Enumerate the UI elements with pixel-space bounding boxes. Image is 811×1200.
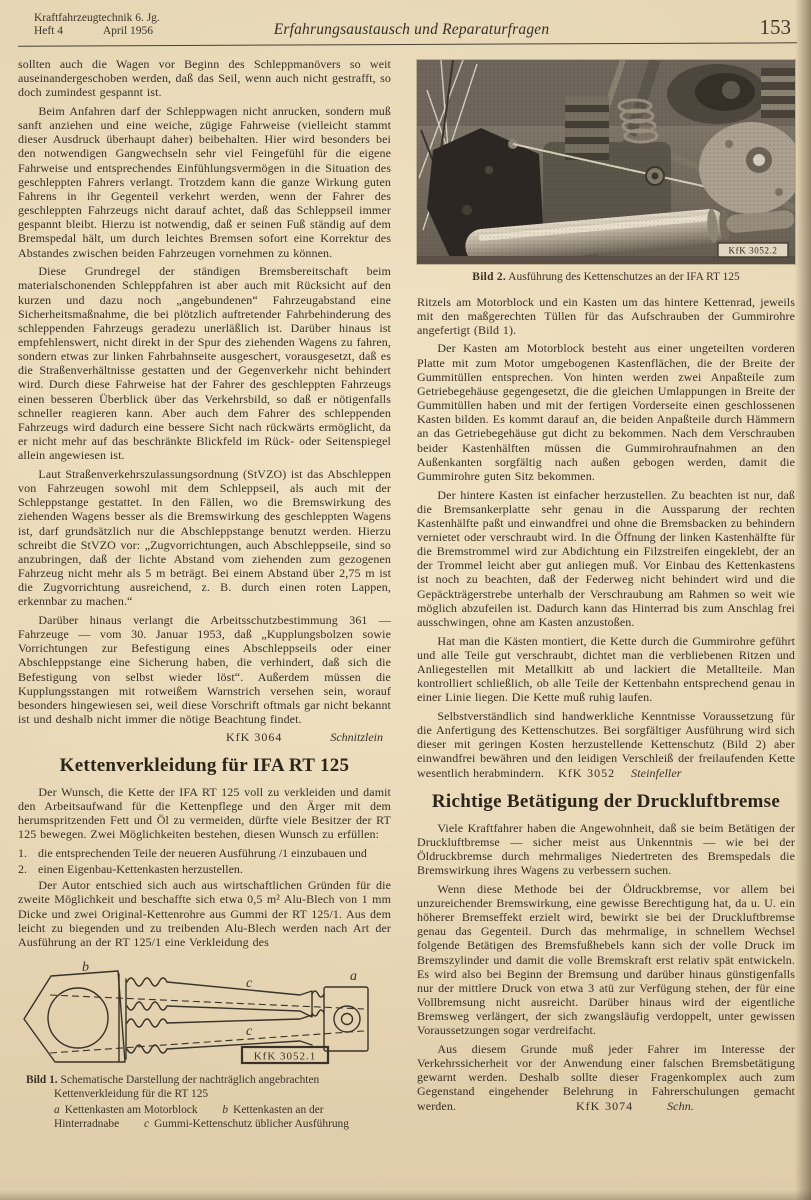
- list-item-number: 2.: [18, 862, 38, 876]
- article-heading-air-brake: Richtige Betätigung der Druckluftbremse: [417, 791, 795, 813]
- brake-closing-paragraph: Aus diesem Grunde muß jeder Fahrer im In…: [417, 1042, 795, 1113]
- figure-1-stamp: KfK 3052.1: [242, 1047, 328, 1063]
- legend-entry: cGummi-Kettenschutz üblicher Ausführung: [144, 1118, 349, 1130]
- magazine-page-scan: { "header": { "journal": "Kraftfahrzeugt…: [0, 0, 811, 1200]
- list-item-text: die entsprechenden Teile der neueren Aus…: [38, 846, 391, 860]
- list-item-text: einen Eigenbau-Kettenkasten herzustellen…: [38, 862, 391, 876]
- left-column: sollten auch die Wagen vor Beginn des Sc…: [18, 57, 391, 1132]
- legend-key: c: [144, 1118, 149, 1130]
- schematic-part-labels: b c c a: [82, 961, 357, 1039]
- chain-paragraph: Ritzels am Motorblock und ein Kasten um …: [417, 295, 795, 337]
- schematic-outlines: [24, 971, 368, 1062]
- label-c-top: c: [246, 976, 253, 991]
- article-author: Schnitzlein: [330, 730, 383, 744]
- chain-paragraph: Der hintere Kasten ist einfacher herzust…: [417, 488, 795, 630]
- towing-paragraph: Diese Grundregel der ständigen Bremsbere…: [18, 264, 391, 462]
- article-heading-chain-guard: Kettenverkleidung für IFA RT 125: [18, 755, 391, 777]
- towing-paragraph: Beim Anfahren darf der Schleppwagen nich…: [18, 104, 391, 260]
- figure-1-caption-text: Schematische Darstellung der nachträglic…: [54, 1074, 319, 1100]
- brake-paragraph: Wenn diese Methode bei der Öldruckbremse…: [417, 882, 795, 1038]
- list-item: 2. einen Eigenbau-Kettenkasten herzustel…: [18, 862, 391, 876]
- scan-edge-shadow: [795, 0, 811, 1200]
- chain-closing-paragraph: Selbstverständlich sind handwerkliche Ke…: [417, 709, 795, 780]
- scan-edge-shadow: [0, 1190, 811, 1200]
- chain-paragraph: Hat man die Kästen montiert, die Kette d…: [417, 634, 795, 705]
- motorcycle-chain-guard-photo: KfK 3052.2: [417, 60, 795, 264]
- figure-2-stamp: KfK 3052.2: [718, 243, 788, 257]
- legend-entry: aKettenkasten am Motorblock: [54, 1104, 198, 1116]
- figure-1-schematic: b c c a KfK 3052.1: [20, 961, 391, 1068]
- figure-2-caption: Bild 2. Ausführung des Kettenschutzes an…: [417, 271, 795, 285]
- figure-1-caption: Bild 1. Schematische Darstellung der nac…: [26, 1074, 391, 1101]
- article-code: KfK 3074: [576, 1099, 633, 1113]
- article-code: KfK 3064: [226, 730, 282, 744]
- figure-2-photo: KfK 3052.2: [417, 60, 795, 264]
- chain-intro-paragraph: Der Wunsch, die Kette der IFA RT 125 vol…: [18, 785, 391, 842]
- figure-2-caption-text: Ausführung des Kettenschutzes an der IFA…: [508, 271, 739, 283]
- article-code: KfK 3052: [558, 766, 615, 780]
- legend-text: Kettenkasten am Motorblock: [65, 1104, 198, 1116]
- brake-paragraph: Viele Kraftfahrer haben die Angewohnheit…: [417, 821, 795, 878]
- legend-key: a: [54, 1104, 60, 1116]
- label-a: a: [350, 969, 357, 984]
- section-title: Erfahrungsaustausch und Reparaturfragen: [30, 21, 793, 39]
- legend-text: Gummi-Kettenschutz üblicher Ausführung: [154, 1118, 349, 1130]
- list-item: 1. die entsprechenden Teile der neueren …: [18, 846, 391, 860]
- schematic-centerlines: [50, 995, 364, 1053]
- stamp-text: KfK 3052.2: [729, 246, 778, 256]
- figure-2-label: Bild 2.: [472, 271, 506, 283]
- figure-1-label: Bild 1.: [26, 1074, 58, 1086]
- right-column: KfK 3052.2 Bild 2. Ausführung des Ketten…: [417, 60, 795, 1117]
- page-header: Kraftfahrzeugtechnik 6. Jg. Heft 4 April…: [30, 12, 793, 46]
- chain-author-paragraph: Der Autor entschied sich auch aus wirtsc…: [18, 878, 391, 949]
- photo-artwork: [417, 60, 795, 264]
- label-b: b: [82, 961, 89, 975]
- stamp-text: KfK 3052.1: [254, 1051, 317, 1063]
- legend-key: b: [222, 1104, 228, 1116]
- chain-paragraph: Der Kasten am Motorblock besteht aus ein…: [417, 341, 795, 483]
- article-author: Schn.: [667, 1099, 694, 1113]
- towing-paragraph: Darüber hinaus verlangt die Arbeitsschut…: [18, 613, 391, 726]
- article-signature: KfK 3064 Schnitzlein: [18, 730, 391, 744]
- towing-paragraph: sollten auch die Wagen vor Beginn des Sc…: [18, 57, 391, 99]
- article-author: Steinfeller: [631, 766, 681, 780]
- figure-1-legend: aKettenkasten am Motorblock bKettenkaste…: [54, 1104, 391, 1131]
- list-item-number: 1.: [18, 846, 38, 860]
- label-c-bottom: c: [246, 1024, 253, 1039]
- page-number: 153: [760, 15, 792, 40]
- towing-paragraph: Laut Straßenverkehrszulassungsordnung (S…: [18, 467, 391, 609]
- chain-guard-schematic-drawing: b c c a KfK 3052.1: [20, 961, 376, 1065]
